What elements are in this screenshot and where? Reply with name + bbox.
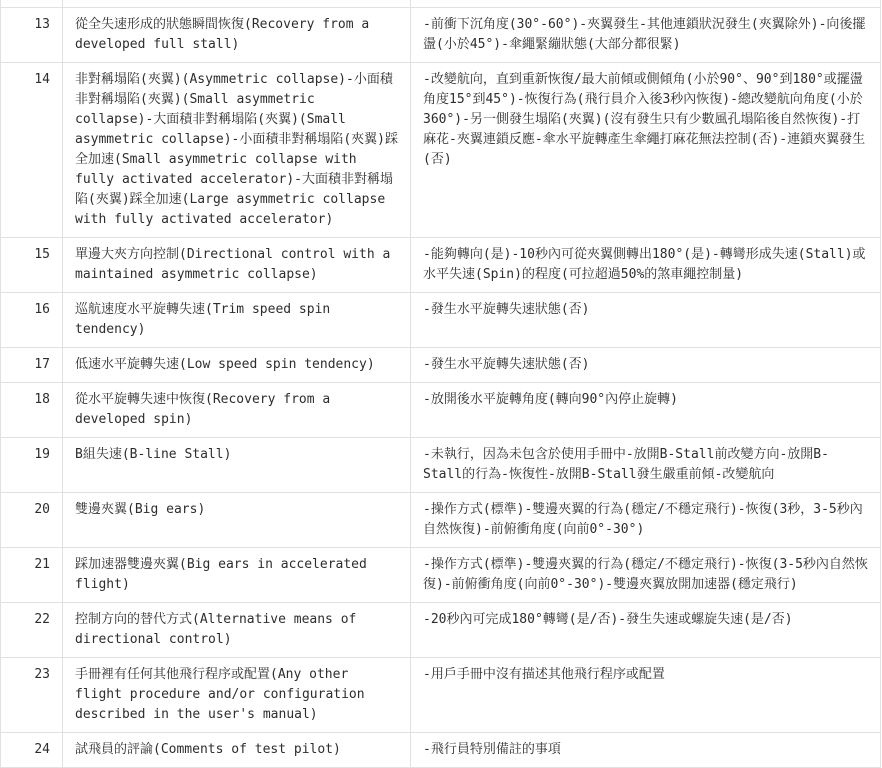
test-item-cell: 手冊裡有任何其他飛行程序或配置(Any other flight procedu…	[63, 658, 411, 733]
test-item-cell: B組失速(B-line Stall)	[63, 438, 411, 493]
test-result-cell: -改變航向，直到重新恢復/最大前傾或側傾角(小於90°、90°到180°或擺盪角…	[411, 63, 881, 238]
row-number-cell: 18	[1, 383, 63, 438]
row-number-cell: 23	[1, 658, 63, 733]
test-result-cell: -飛行員特別備註的事項	[411, 733, 881, 768]
test-result-cell: -發生水平旋轉失速狀態(否)	[411, 348, 881, 383]
row-number-cell: 15	[1, 238, 63, 293]
test-item-cell: 試飛員的評論(Comments of test pilot)	[63, 733, 411, 768]
table-row: 16 巡航速度水平旋轉失速(Trim speed spin tendency) …	[1, 293, 881, 348]
test-result-cell: -操作方式(標準)-雙邊夾翼的行為(穩定/不穩定飛行)-恢復(3秒，3-5秒內自…	[411, 493, 881, 548]
table-row: 15 單邊大夾方向控制(Directional control with a m…	[1, 238, 881, 293]
row-number-cell: 16	[1, 293, 63, 348]
test-item-cell: 非對稱塌陷(夾翼)(Asymmetric collapse)-小面積非對稱塌陷(…	[63, 63, 411, 238]
table-row: 20 雙邊夾翼(Big ears) -操作方式(標準)-雙邊夾翼的行為(穩定/不…	[1, 493, 881, 548]
test-item-cell: 從水平旋轉失速中恢復(Recovery from a developed spi…	[63, 383, 411, 438]
test-result-cell: -用戶手冊中沒有描述其他飛行程序或配置	[411, 658, 881, 733]
table-row-partial	[1, 0, 881, 8]
test-item-cell: 低速水平旋轉失速(Low speed spin tendency)	[63, 348, 411, 383]
test-result-cell: -前衝下沉角度(30°-60°)-夾翼發生-其他連鎖狀況發生(夾翼除外)-向後擺…	[411, 8, 881, 63]
table-row: 18 從水平旋轉失速中恢復(Recovery from a developed …	[1, 383, 881, 438]
test-result-cell: -20秒內可完成180°轉彎(是/否)-發生失速或螺旋失速(是/否)	[411, 603, 881, 658]
row-number-cell: 22	[1, 603, 63, 658]
test-result-cell: -放開後水平旋轉角度(轉向90°內停止旋轉)	[411, 383, 881, 438]
table-row: 17 低速水平旋轉失速(Low speed spin tendency) -發生…	[1, 348, 881, 383]
test-result-cell: -未執行，因為未包含於使用手冊中-放開B-Stall前改變方向-放開B-Stal…	[411, 438, 881, 493]
row-number-cell: 13	[1, 8, 63, 63]
test-item-cell: 巡航速度水平旋轉失速(Trim speed spin tendency)	[63, 293, 411, 348]
flight-test-report-table: 13 從全失速形成的狀態瞬間恢復(Recovery from a develop…	[0, 0, 881, 768]
table-row: 19 B組失速(B-line Stall) -未執行，因為未包含於使用手冊中-放…	[1, 438, 881, 493]
test-result-cell: -能夠轉向(是)-10秒內可從夾翼側轉出180°(是)-轉彎形成失速(Stall…	[411, 238, 881, 293]
row-number-cell: 21	[1, 548, 63, 603]
test-item-cell: 控制方向的替代方式(Alternative means of direction…	[63, 603, 411, 658]
table-row: 14 非對稱塌陷(夾翼)(Asymmetric collapse)-小面積非對稱…	[1, 63, 881, 238]
row-number-cell: 24	[1, 733, 63, 768]
row-number-cell: 19	[1, 438, 63, 493]
table-row: 24 試飛員的評論(Comments of test pilot) -飛行員特別…	[1, 733, 881, 768]
test-item-cell: 雙邊夾翼(Big ears)	[63, 493, 411, 548]
test-result-cell	[411, 0, 881, 8]
table-row: 23 手冊裡有任何其他飛行程序或配置(Any other flight proc…	[1, 658, 881, 733]
test-item-cell: 單邊大夾方向控制(Directional control with a main…	[63, 238, 411, 293]
table-row: 13 從全失速形成的狀態瞬間恢復(Recovery from a develop…	[1, 8, 881, 63]
test-result-cell: -發生水平旋轉失速狀態(否)	[411, 293, 881, 348]
row-number-cell: 17	[1, 348, 63, 383]
table-row: 22 控制方向的替代方式(Alternative means of direct…	[1, 603, 881, 658]
test-item-cell	[63, 0, 411, 8]
table-row: 21 踩加速器雙邊夾翼(Big ears in accelerated flig…	[1, 548, 881, 603]
test-result-cell: -操作方式(標準)-雙邊夾翼的行為(穩定/不穩定飛行)-恢復(3-5秒內自然恢復…	[411, 548, 881, 603]
test-item-cell: 從全失速形成的狀態瞬間恢復(Recovery from a developed …	[63, 8, 411, 63]
row-number-cell: 14	[1, 63, 63, 238]
row-number-cell	[1, 0, 63, 8]
row-number-cell: 20	[1, 493, 63, 548]
test-item-cell: 踩加速器雙邊夾翼(Big ears in accelerated flight)	[63, 548, 411, 603]
